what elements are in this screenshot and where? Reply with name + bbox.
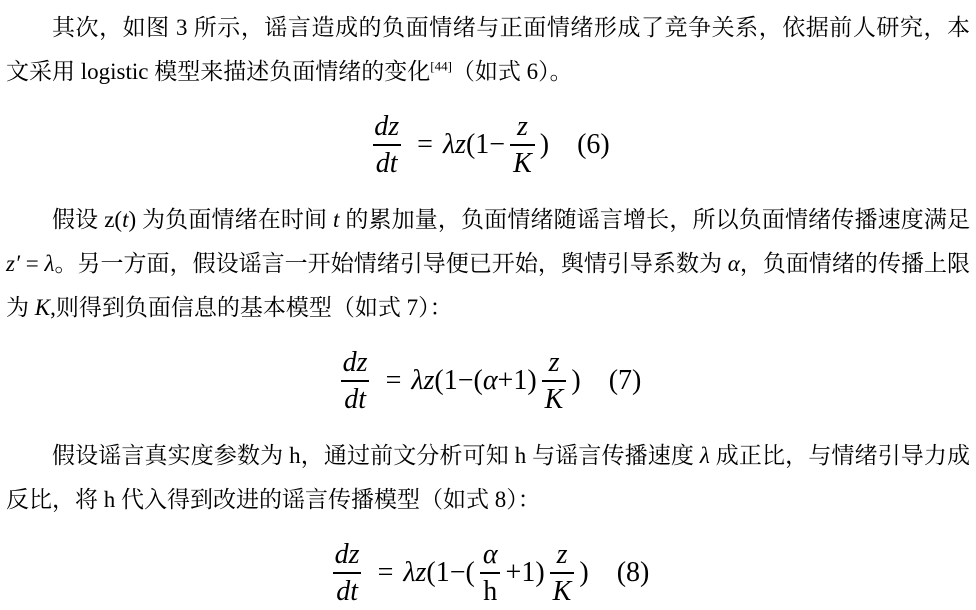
p2-text: 的累加量，负面情绪随谣言增长，所以负面情绪传播速度满足 xyxy=(339,207,970,232)
math-var-h: h xyxy=(289,443,301,468)
p2-text-end: ,则得到负面信息的基本模型（如式 7）： xyxy=(50,295,453,320)
plus-one-term: +1) xyxy=(506,557,545,589)
fraction-denominator: dt xyxy=(333,572,361,609)
fraction-alpha-h: α h xyxy=(480,537,501,609)
fraction-denominator: h xyxy=(480,572,500,609)
fraction-numerator: z xyxy=(514,109,531,144)
math-close-paren: ) xyxy=(128,207,136,232)
p3-text-end: 代入得到改进的谣言传播模型（如式 8）： xyxy=(115,487,541,512)
equation-8: dz dt = λz (1−( α h +1) z K ) (8) xyxy=(6,532,970,610)
p1-text-end: （如式 6）。 xyxy=(452,59,573,84)
alpha-term: α xyxy=(483,365,498,397)
fraction-z-K: z K xyxy=(510,109,535,181)
fraction-numerator: dz xyxy=(332,537,363,572)
equation-7: dz dt = λz (1−( α +1) z K ) (7) xyxy=(6,340,970,422)
fraction-dz-dt: dz dt xyxy=(332,537,363,609)
equals-sign: = xyxy=(417,129,433,161)
equals-sign: = xyxy=(386,365,402,397)
fraction-denominator: K xyxy=(550,572,575,609)
p3-text: 假设谣言真实度参数为 xyxy=(52,443,289,468)
fraction-z-K: z K xyxy=(542,345,567,417)
close-paren-term: ) xyxy=(579,557,588,589)
open-paren-term: (1−( xyxy=(426,557,474,589)
equation-number: (7) xyxy=(609,365,642,397)
equation-number: (6) xyxy=(577,129,610,161)
math-var-lambda: λ xyxy=(45,251,55,276)
paragraph-assumption-zt: 假设 z(t) 为负面情绪在时间 t 的累加量，负面情绪随谣言增长，所以负面情绪… xyxy=(6,198,970,330)
fraction-denominator: K xyxy=(510,144,535,181)
math-z-open: z( xyxy=(104,207,122,232)
open-paren-term: (1−( xyxy=(434,365,482,397)
equation-6: dz dt = λz (1− z K ) (6) xyxy=(6,104,970,186)
fraction-numerator: dz xyxy=(371,109,402,144)
close-paren-term: ) xyxy=(571,365,580,397)
math-var-alpha: α xyxy=(728,251,740,276)
math-var-lambda: λ xyxy=(700,443,710,468)
p3-text: 与谣言传播速度 xyxy=(526,443,700,468)
fraction-denominator: K xyxy=(542,380,567,417)
math-var-h: h xyxy=(515,443,527,468)
fraction-dz-dt: dz dt xyxy=(340,345,371,417)
citation-superscript: [44] xyxy=(430,58,452,73)
close-paren-term: ) xyxy=(540,129,549,161)
equation-number: (8) xyxy=(617,557,650,589)
plus-one-term: +1) xyxy=(498,365,537,397)
fraction-numerator: dz xyxy=(340,345,371,380)
math-var-z-prime: z′ xyxy=(6,251,20,276)
fraction-numerator: α xyxy=(480,537,501,572)
math-equals: = xyxy=(20,251,45,276)
fraction-numerator: z xyxy=(546,345,563,380)
lambda-z-term: λz xyxy=(411,365,434,397)
fraction-denominator: dt xyxy=(341,380,369,417)
equals-sign: = xyxy=(378,557,394,589)
p2-text: 。另一方面，假设谣言一开始情绪引导便已开始，舆情引导系数为 xyxy=(54,251,727,276)
fraction-denominator: dt xyxy=(373,144,401,181)
p3-text: ，通过前文分析可知 xyxy=(301,443,515,468)
open-paren-term: (1− xyxy=(466,129,505,161)
math-var-h: h xyxy=(104,487,116,512)
math-var-K: K xyxy=(35,295,50,320)
paragraph-truth-parameter: 假设谣言真实度参数为 h，通过前文分析可知 h 与谣言传播速度 λ 成正比，与情… xyxy=(6,434,970,522)
lambda-z-term: λz xyxy=(443,129,466,161)
p2-text: 为负面情绪在时间 xyxy=(136,207,333,232)
fraction-numerator: z xyxy=(554,537,571,572)
fraction-dz-dt: dz dt xyxy=(371,109,402,181)
lambda-z-term: λz xyxy=(403,557,426,589)
p2-text: 假设 xyxy=(52,207,104,232)
document-page: 其次，如图 3 所示，谣言造成的负面情绪与正面情绪形成了竞争关系，依据前人研究，… xyxy=(6,6,970,610)
fraction-z-K: z K xyxy=(550,537,575,609)
paragraph-intro-logistic: 其次，如图 3 所示，谣言造成的负面情绪与正面情绪形成了竞争关系，依据前人研究，… xyxy=(6,6,970,94)
